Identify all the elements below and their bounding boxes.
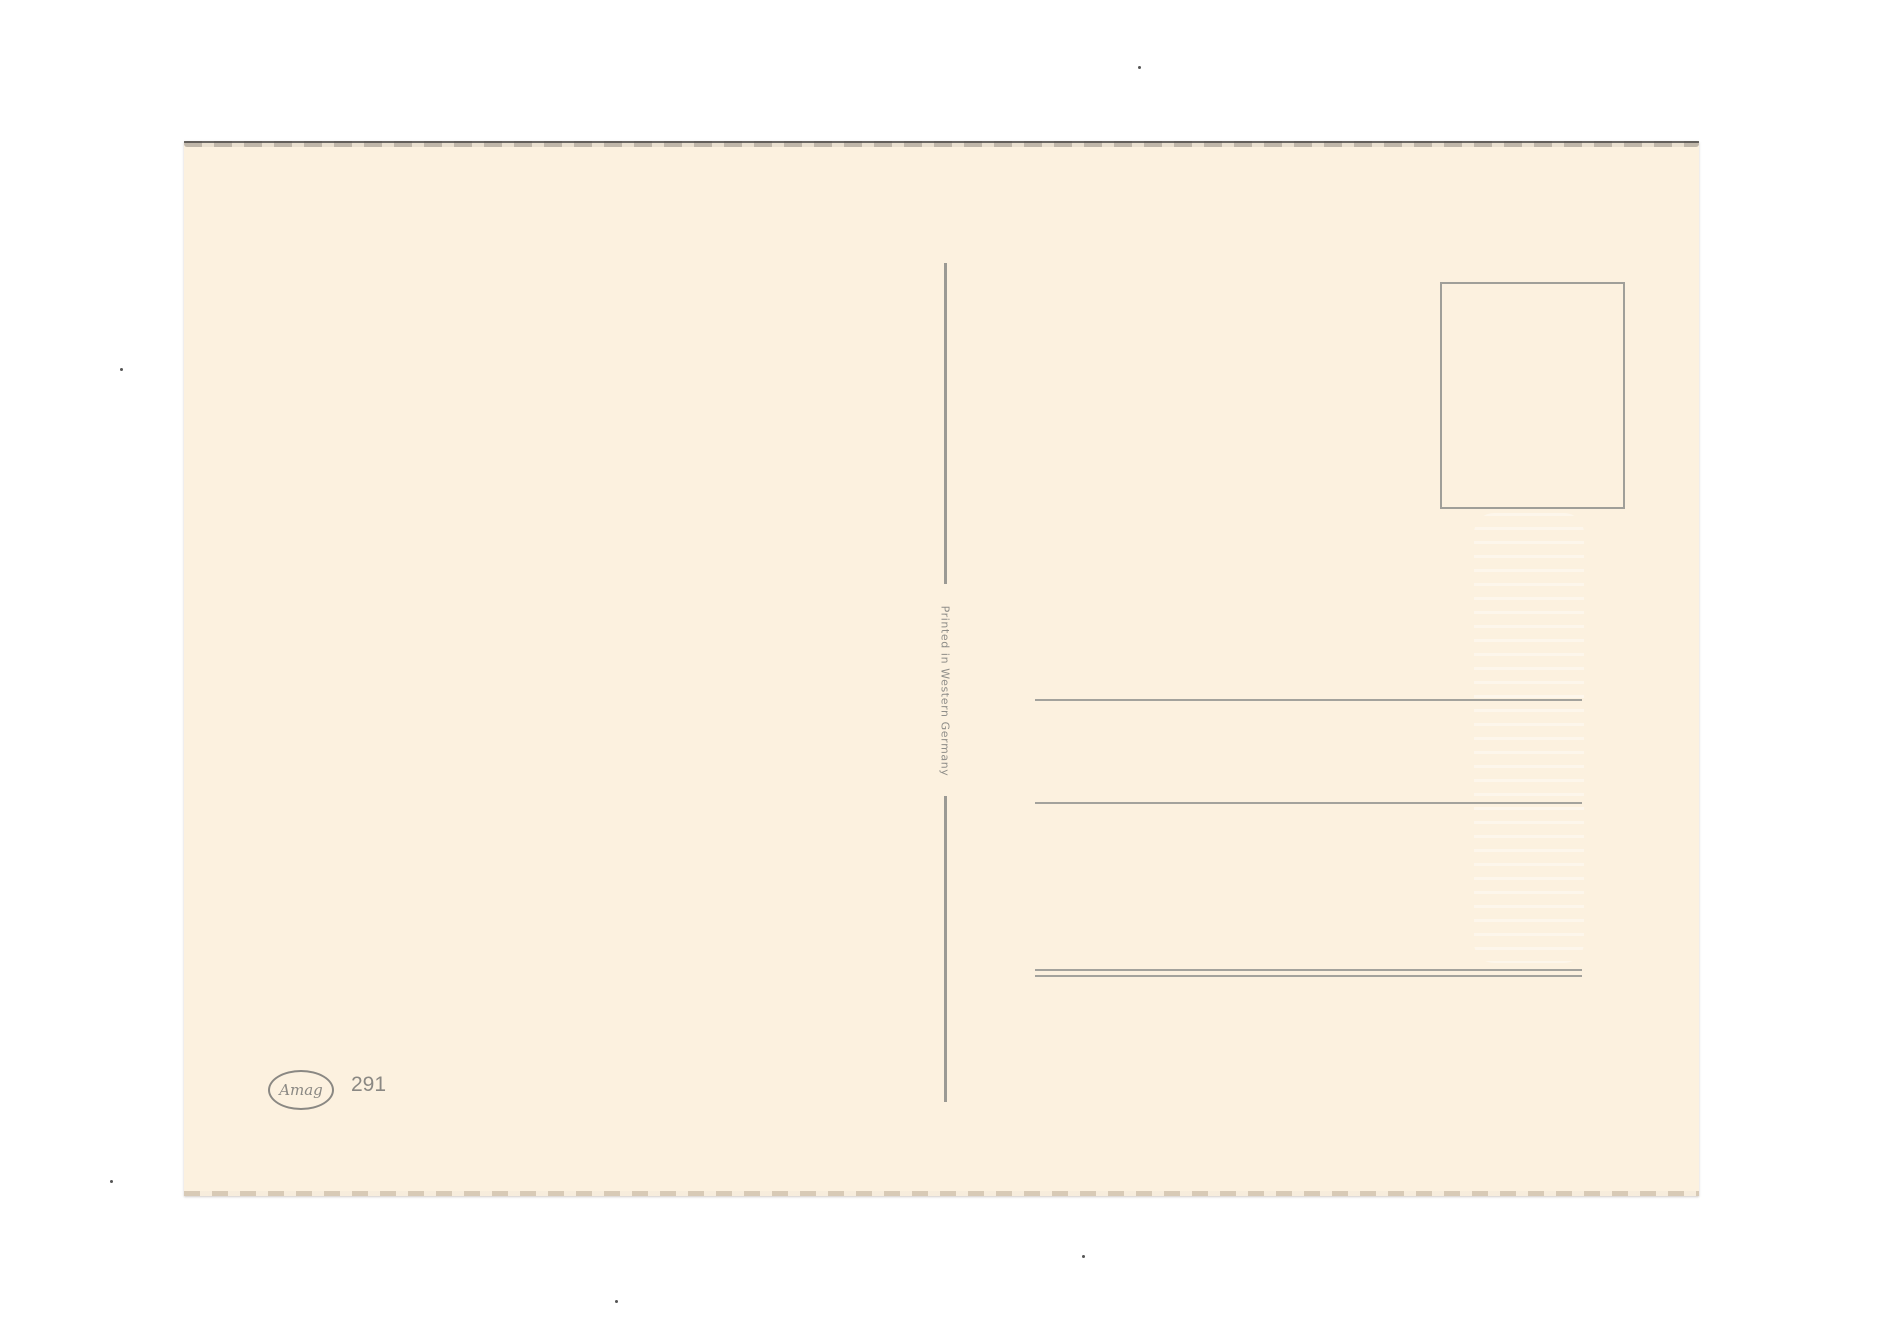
postcard-back: Printed in Western Germany Amag 291: [184, 141, 1699, 1196]
dust-speck: [1138, 66, 1141, 69]
publisher-logo-text: Amag: [279, 1081, 323, 1099]
address-line-2: [1035, 802, 1582, 804]
center-divider-line-top: [944, 263, 947, 584]
embossed-show-through: [1474, 513, 1584, 963]
center-divider-line-bottom: [944, 796, 947, 1102]
publisher-logo: Amag: [268, 1070, 334, 1110]
card-number: 291: [351, 1073, 386, 1097]
dust-speck: [120, 368, 123, 371]
address-line-3a: [1035, 969, 1582, 971]
address-line-3b: [1035, 975, 1582, 977]
printed-in-label: Printed in Western Germany: [939, 606, 952, 777]
address-line-1: [1035, 699, 1582, 701]
dust-speck: [615, 1300, 618, 1303]
dust-speck: [110, 1180, 113, 1183]
stamp-box: [1440, 282, 1625, 509]
dust-speck: [1082, 1255, 1085, 1258]
